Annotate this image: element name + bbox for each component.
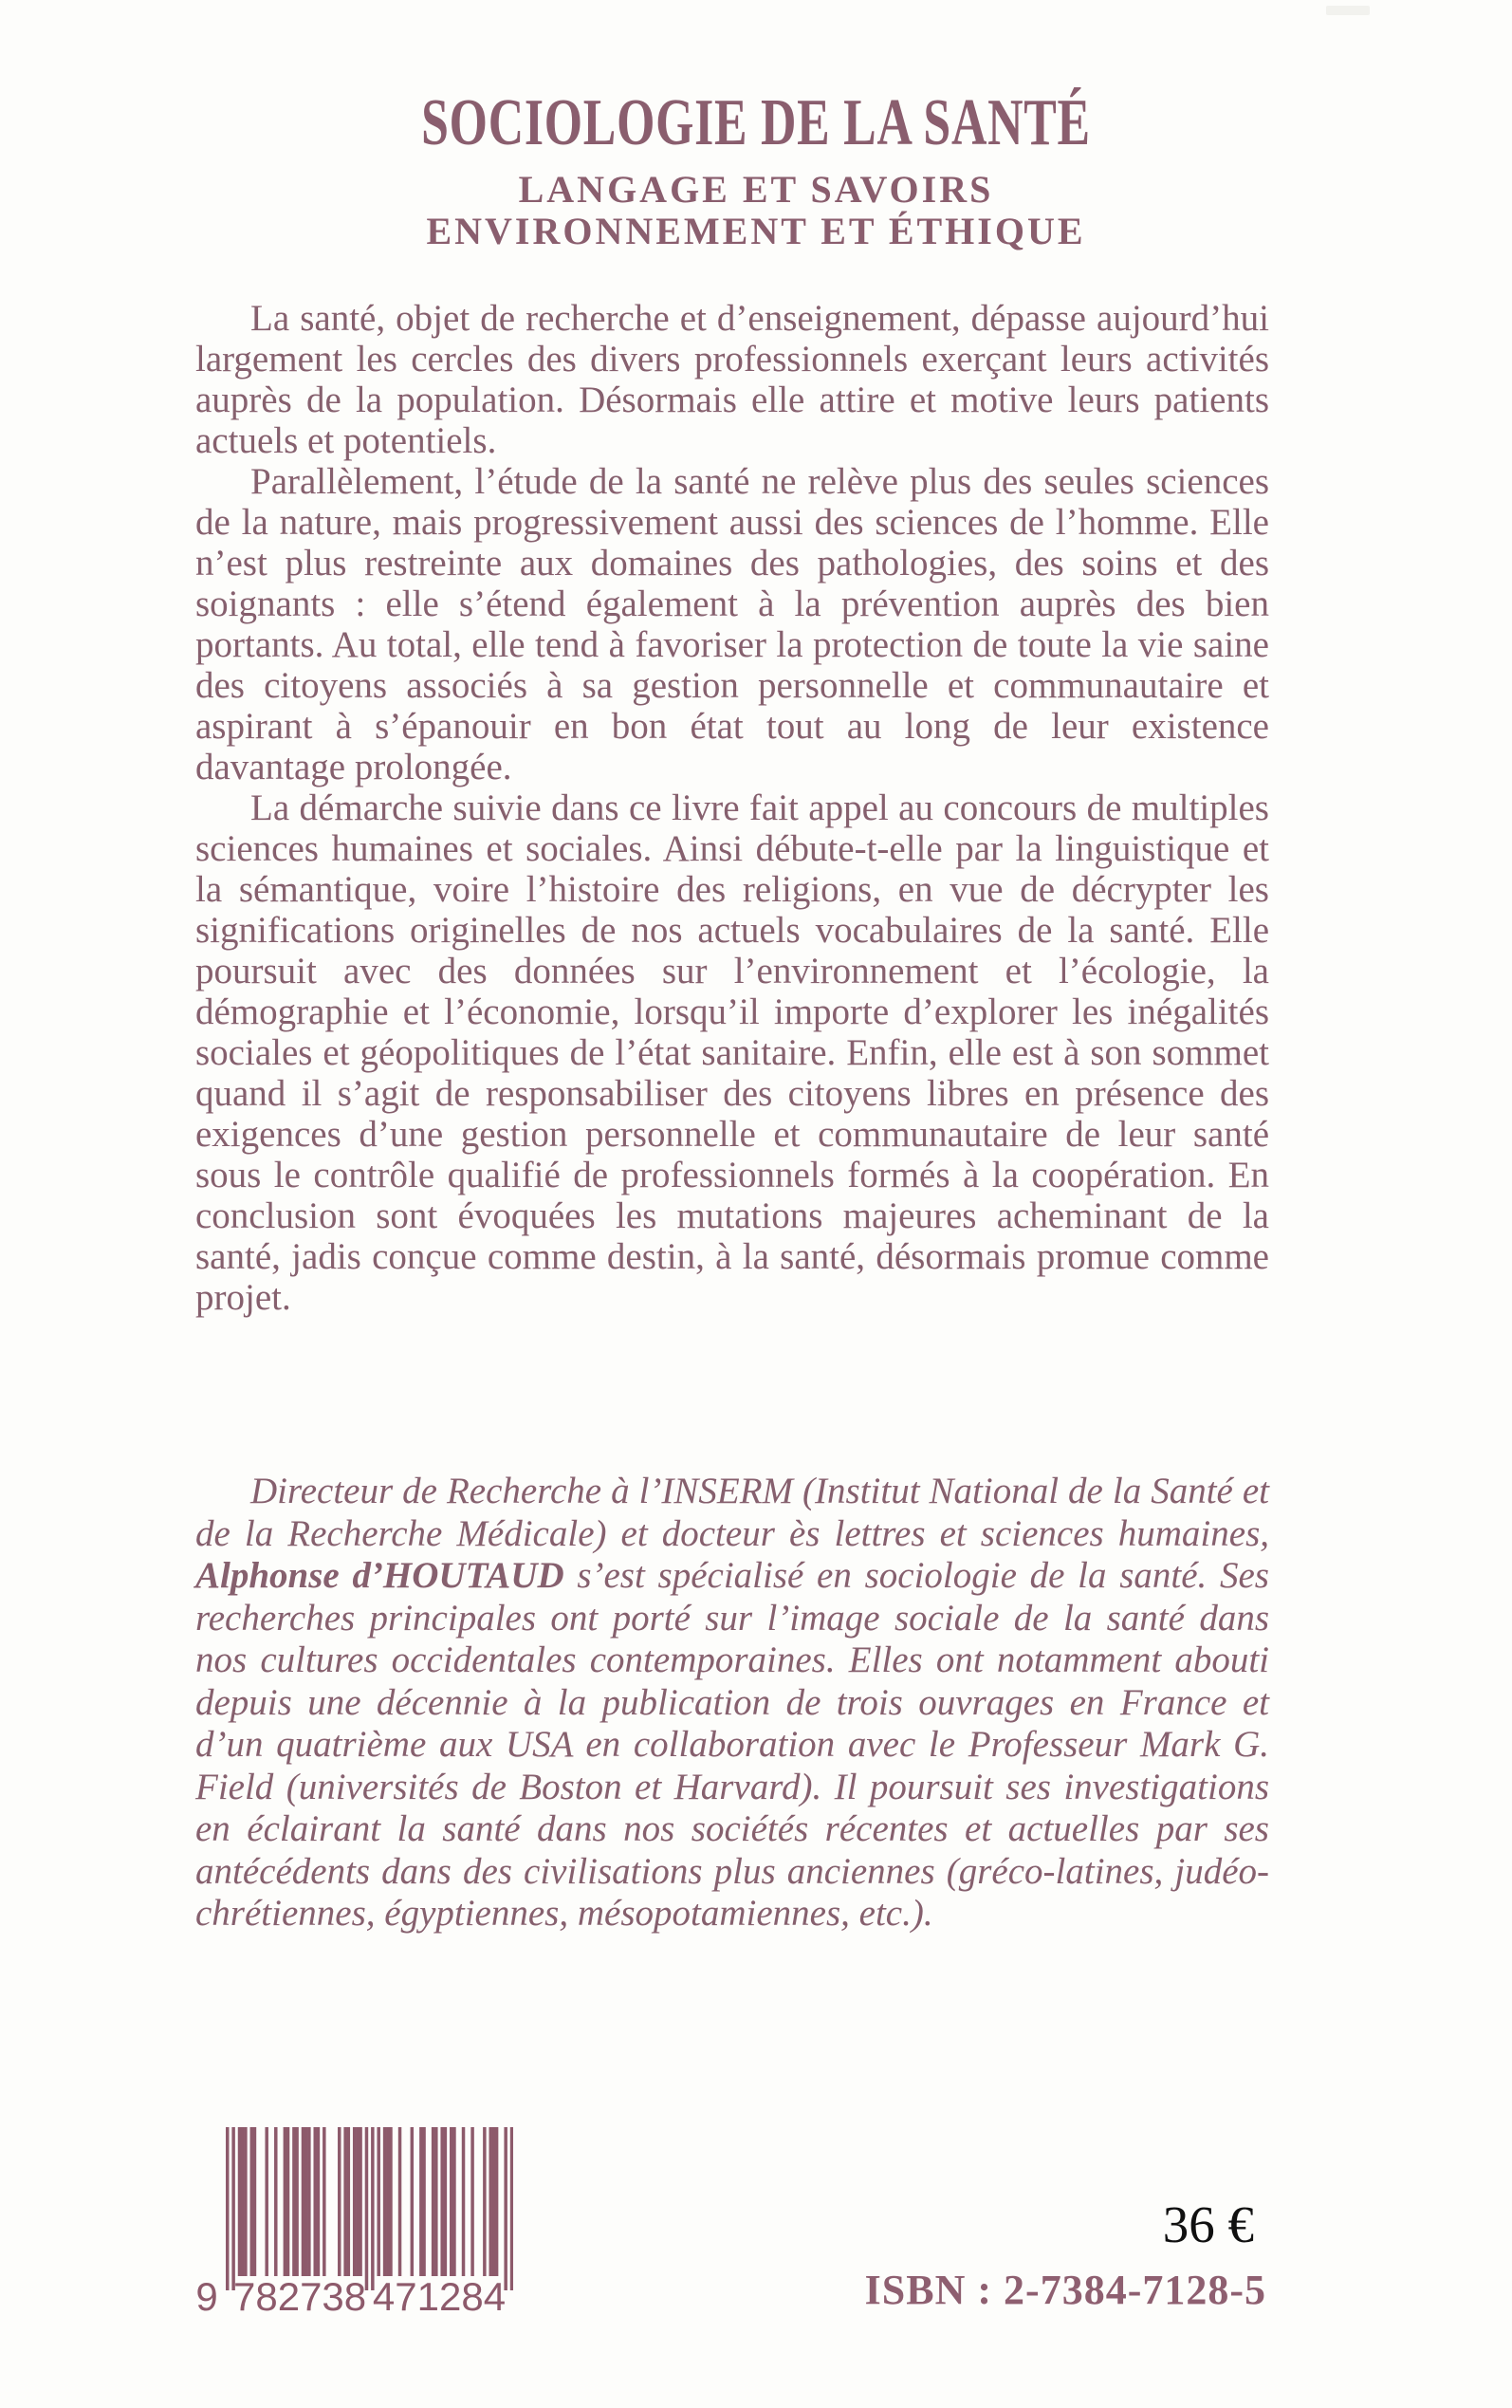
author-bio-prefix: Directeur de Recherche à l’INSERM (Insti… — [195, 1471, 1269, 1554]
ean-barcode — [226, 2127, 513, 2293]
synopsis-paragraph-2: Parallèlement, l’étude de la santé ne re… — [195, 461, 1269, 787]
book-back-cover: { "colors": { "ink": "#8a5e6e", "ink_bod… — [0, 0, 1512, 2408]
barcode-digit-group-2: 471284 — [372, 2275, 507, 2319]
author-bio-paragraph: Directeur de Recherche à l’INSERM (Insti… — [195, 1471, 1269, 1936]
price: 36 € — [1163, 2197, 1254, 2252]
synopsis: La santé, objet de recherche et d’enseig… — [195, 298, 1269, 1318]
barcode-digit-group-1: 782738 — [233, 2275, 366, 2319]
book-subtitle-line2: ENVIRONNEMENT ET ÉTHIQUE — [0, 211, 1512, 252]
book-subtitle-line1: LANGAGE ET SAVOIRS — [0, 169, 1512, 211]
author-bio-suffix: s’est spécialisé en sociologie de la san… — [195, 1555, 1269, 1934]
synopsis-paragraph-3: La démarche suivie dans ce livre fait ap… — [195, 787, 1269, 1318]
ean-barcode-block: 9 782738 471284 — [190, 2127, 531, 2326]
isbn: ISBN : 2-7384-7128-5 — [865, 2268, 1266, 2313]
barcode-digit-first: 9 — [190, 2275, 224, 2319]
author-bio: Directeur de Recherche à l’INSERM (Insti… — [195, 1471, 1269, 1936]
scan-smudge — [1326, 6, 1370, 15]
author-name: Alphonse d’HOUTAUD — [195, 1555, 564, 1596]
cover-header: SOCIOLOGIE DE LA SANTÉ LANGAGE ET SAVOIR… — [0, 89, 1512, 252]
synopsis-paragraph-1: La santé, objet de recherche et d’enseig… — [195, 298, 1269, 461]
book-title: SOCIOLOGIE DE LA SANTÉ — [196, 89, 1316, 157]
